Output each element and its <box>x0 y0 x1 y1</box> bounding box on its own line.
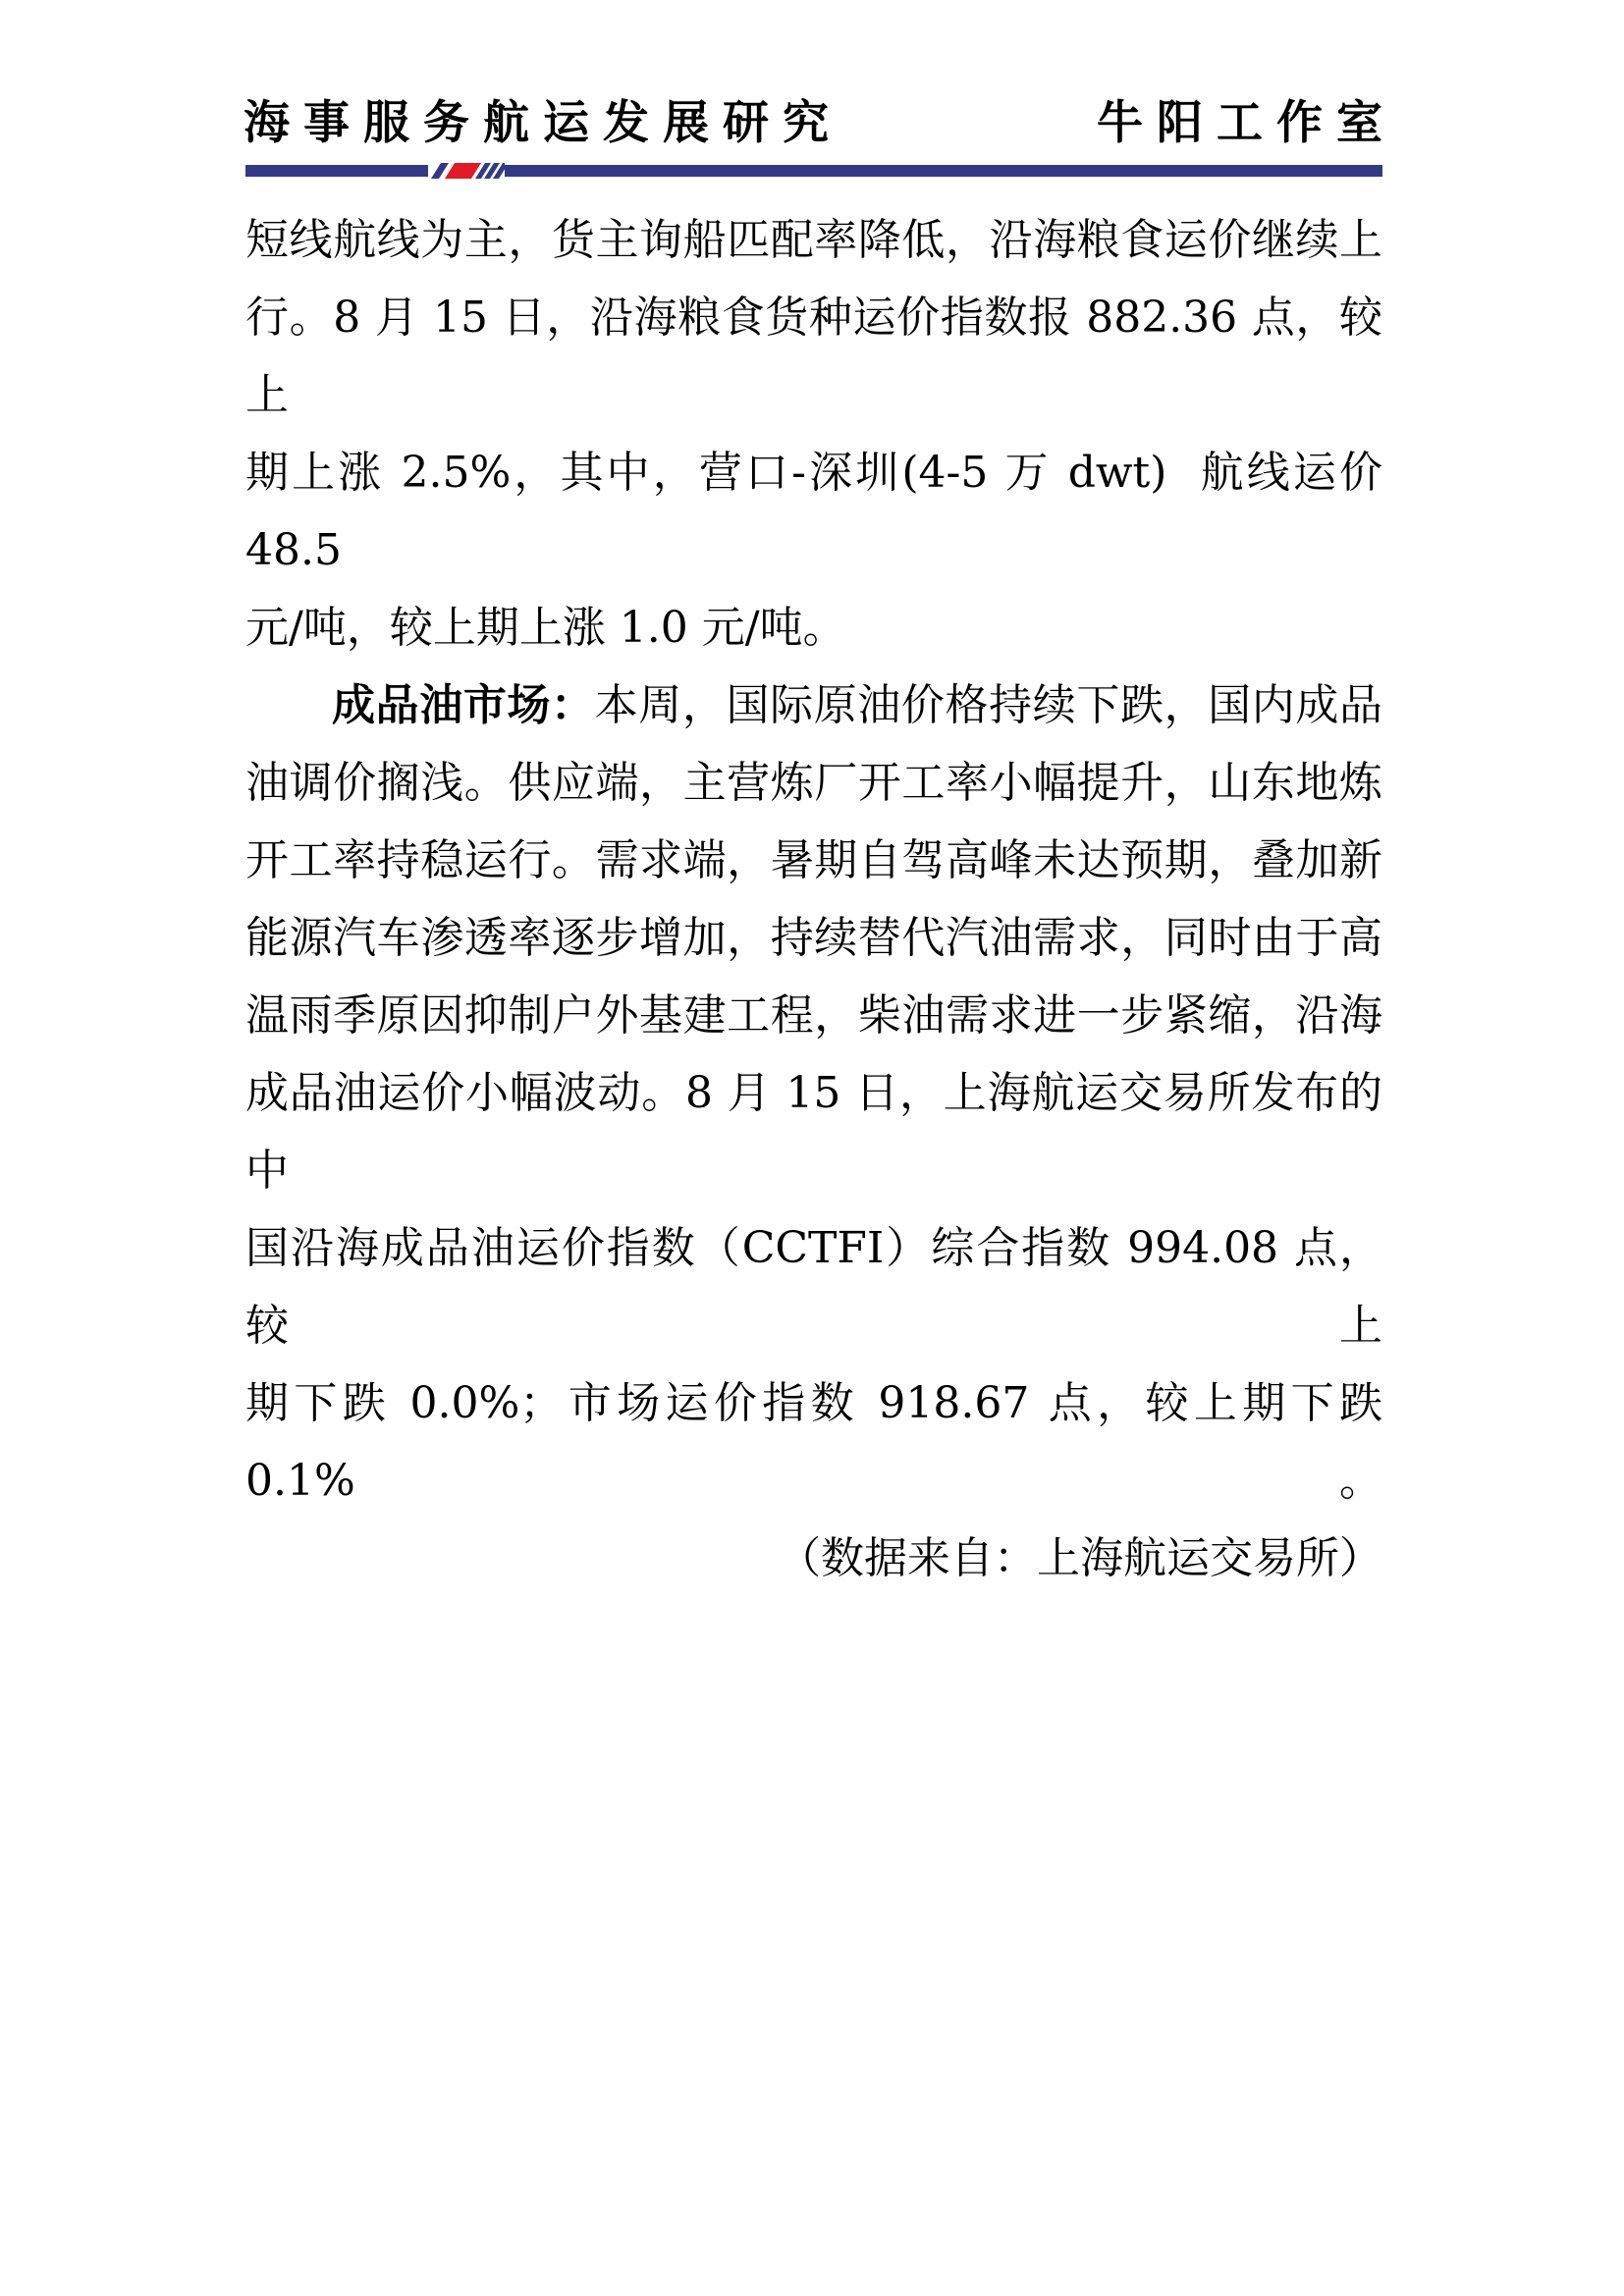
header-right-title: 牛阳工作室 <box>1097 94 1396 153</box>
body-line: 行。8 月 15 日，沿海粮食货种运价指数报 882.36 点，较上 <box>245 279 1382 434</box>
body-line-text: 本周，国际原油价格持续下跌，国内成品 <box>595 680 1382 730</box>
header-divider-bar <box>245 165 1382 177</box>
body-line: 成品油市场：本周，国际原油价格持续下跌，国内成品 <box>245 667 1382 744</box>
page-header: 海事服务航运发展研究 牛阳工作室 <box>245 94 1382 153</box>
body-line: 期上涨 2.5%，其中，营口-深圳(4-5 万 dwt) 航线运价 48.5 <box>245 434 1382 589</box>
body-line: 温雨季原因抑制户外基建工程，柴油需求进一步紧缩，沿海 <box>245 977 1382 1054</box>
body-line: 成品油运价小幅波动。8 月 15 日，上海航运交易所发布的中 <box>245 1054 1382 1209</box>
body-line: 国沿海成品油运价指数（CCTFI）综合指数 994.08 点，较上 <box>245 1209 1382 1364</box>
document-page: 海事服务航运发展研究 牛阳工作室 短线航线为主，货主询船匹配率降低，沿海粮食运价… <box>0 0 1624 2296</box>
body-line: 短线航线为主，货主询船匹配率降低，沿海粮食运价继续上 <box>245 201 1382 279</box>
body-line: 期下跌 0.0%；市场运价指数 918.67 点，较上期下跌 0.1%。 <box>245 1364 1382 1520</box>
body-line: 元/吨，较上期上涨 1.0 元/吨。 <box>245 589 1382 667</box>
body-line: 能源汽车渗透率逐步增加，持续替代汽油需求，同时由于高 <box>245 899 1382 977</box>
body-line: 油调价搁浅。供应端，主营炼厂开工率小幅提升，山东地炼 <box>245 744 1382 822</box>
market-section-label: 成品油市场： <box>332 680 595 730</box>
source-note: （数据来自：上海航运交易所） <box>245 1520 1382 1597</box>
header-left-title: 海事服务航运发展研究 <box>244 94 842 153</box>
document-body: 短线航线为主，货主询船匹配率降低，沿海粮食运价继续上 行。8 月 15 日，沿海… <box>245 201 1382 1597</box>
body-line: 开工率持稳运行。需求端，暑期自驾高峰未达预期，叠加新 <box>245 822 1382 899</box>
divider-accent-decoration <box>428 163 505 179</box>
